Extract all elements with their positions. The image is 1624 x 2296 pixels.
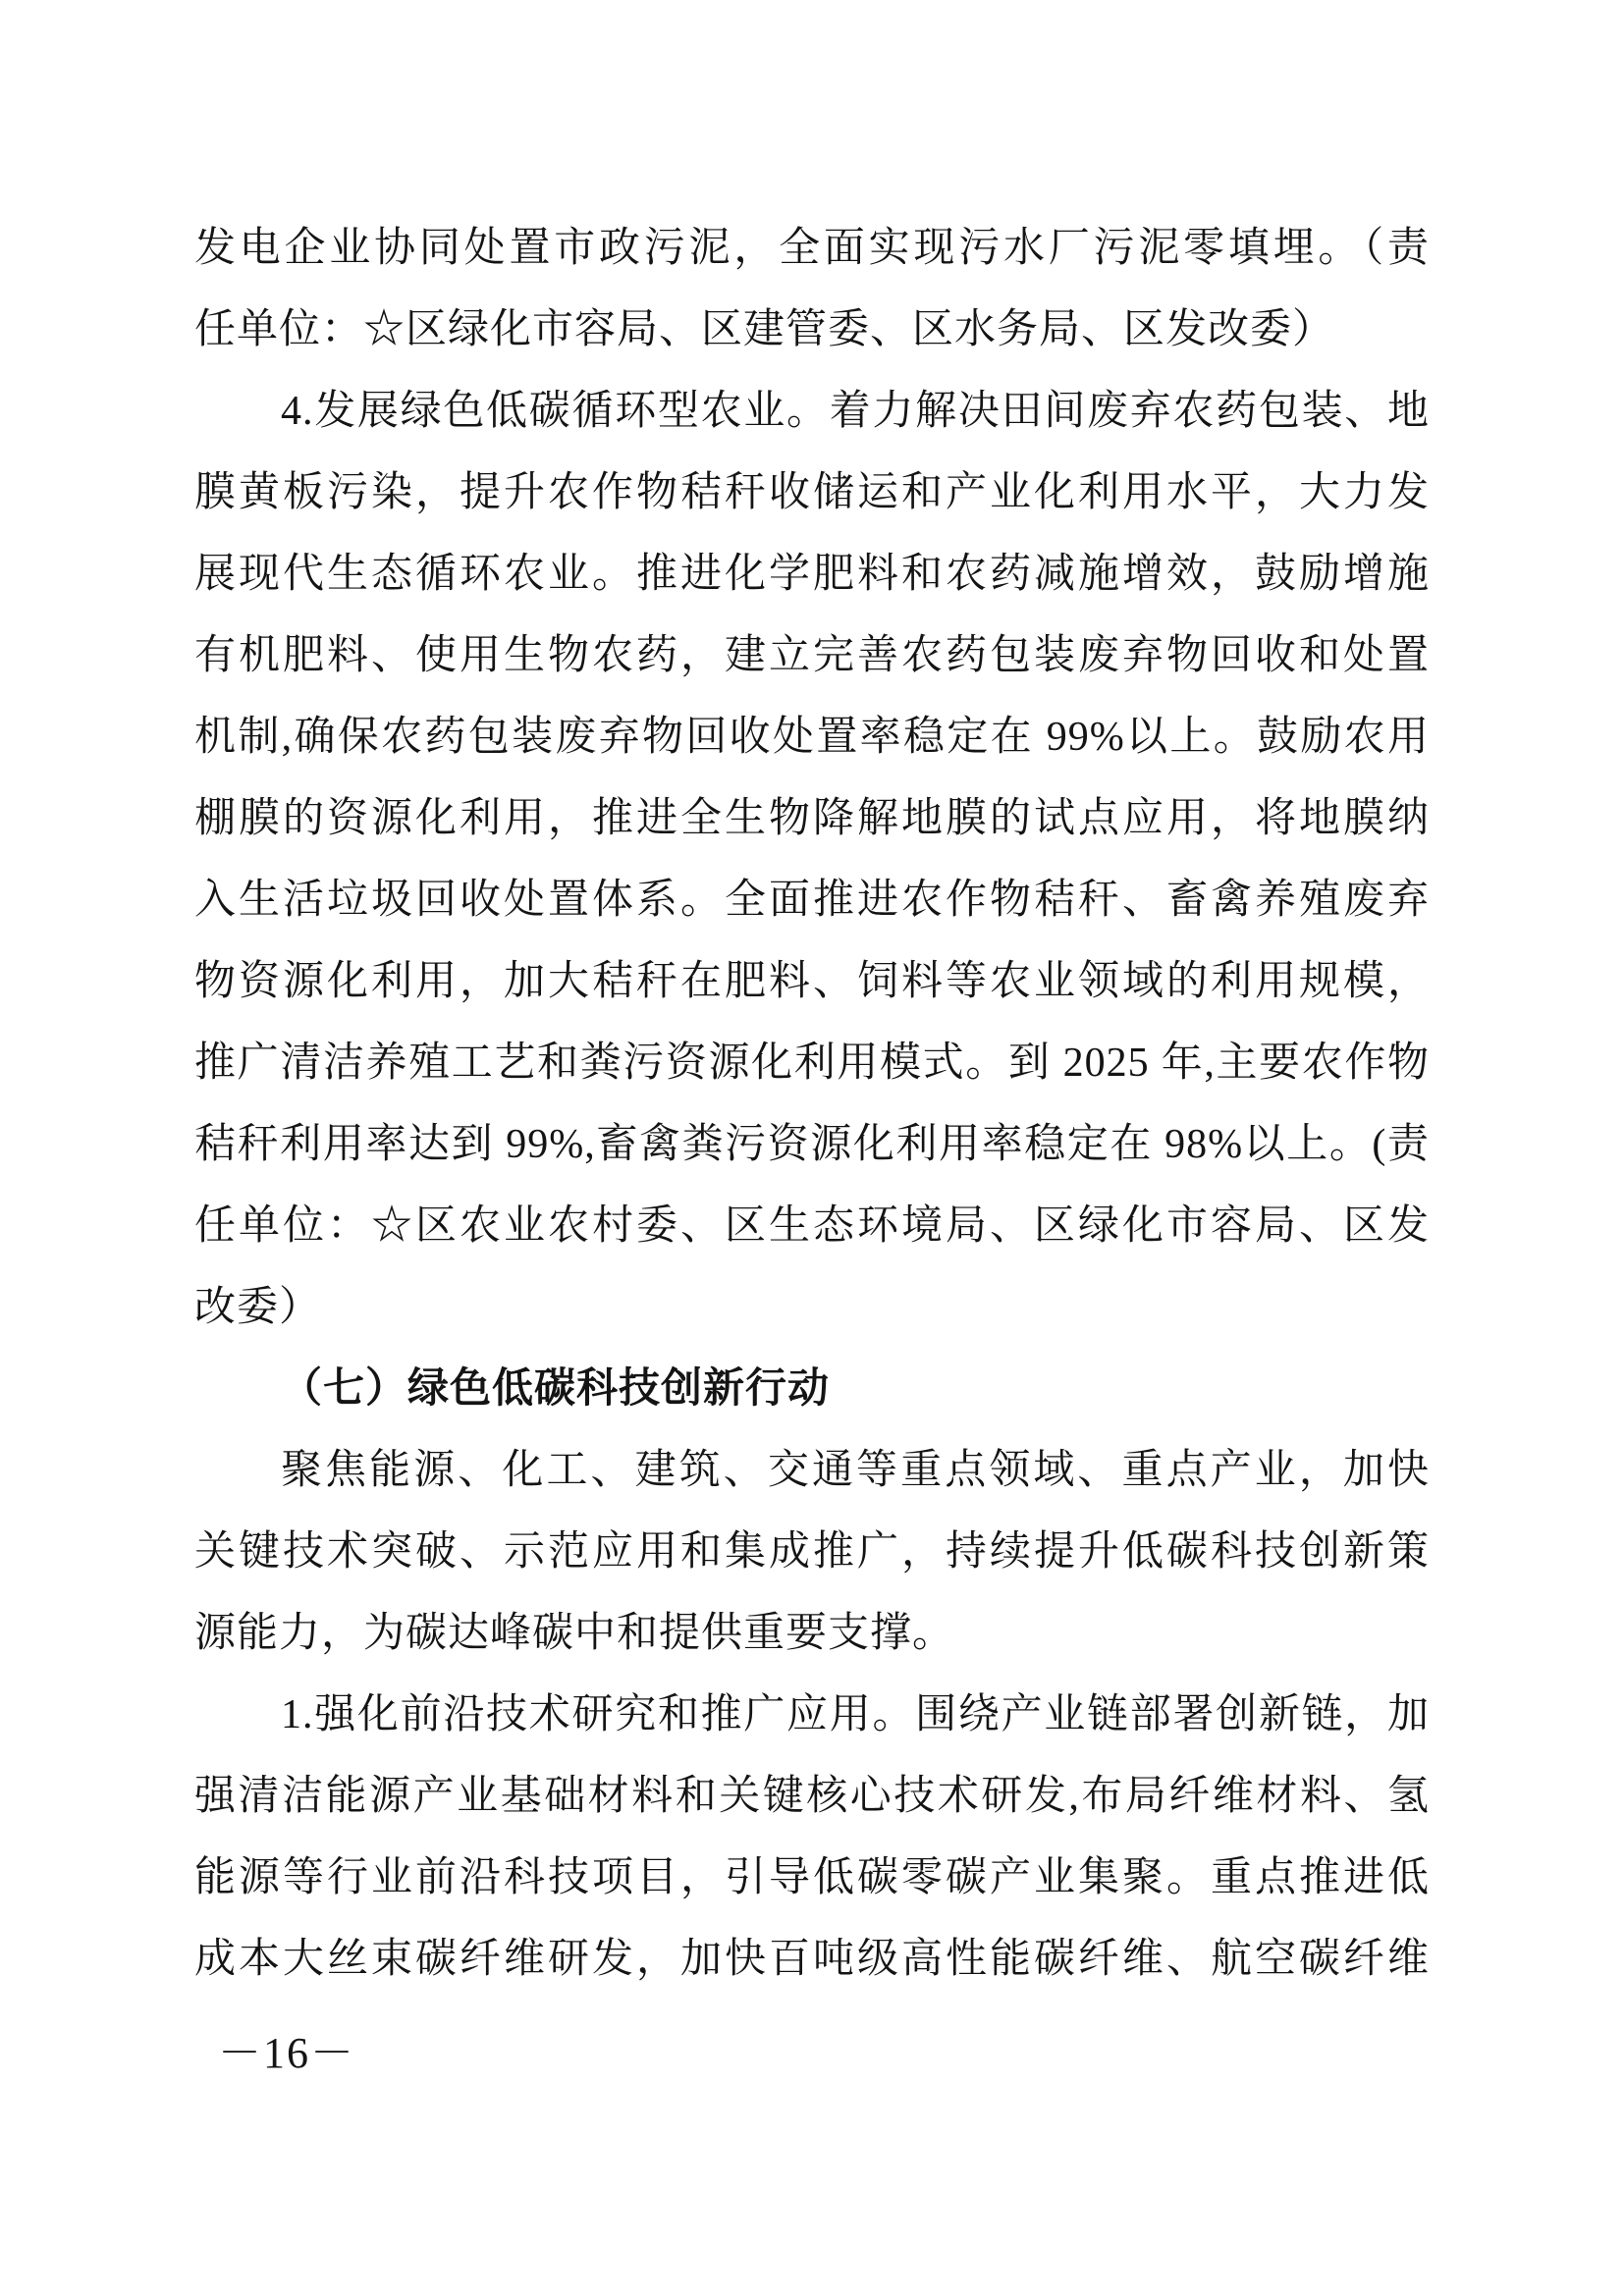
text-line: 机制,确保农药包装废弃物回收处置率稳定在 99%以上。鼓励农用: [194, 697, 1430, 778]
text-line: 入生活垃圾回收处置体系。全面推进农作物秸秆、畜禽养殖废弃: [194, 860, 1430, 941]
text-line: 发电企业协同处置市政污泥，全面实现污水厂污泥零填埋。（责: [194, 208, 1430, 290]
section-heading: （七）绿色低碳科技创新行动: [194, 1349, 1430, 1430]
text-line: 棚膜的资源化利用，推进全生物降解地膜的试点应用，将地膜纳: [194, 778, 1430, 860]
text-line: 4.发展绿色低碳循环型农业。着力解决田间废弃农药包装、地: [194, 371, 1430, 453]
text-line: 关键技术突破、示范应用和集成推广，持续提升低碳科技创新策: [194, 1512, 1430, 1593]
text-line: 膜黄板污染，提升农作物秸秆收储运和产业化利用水平，大力发: [194, 453, 1430, 534]
text-line: 1.强化前沿技术研究和推广应用。围绕产业链部署创新链，加: [194, 1675, 1430, 1756]
text-line: 任单位：☆区绿化市容局、区建管委、区水务局、区发改委）: [194, 290, 1430, 371]
document-page: 发电企业协同处置市政污泥，全面实现污水厂污泥零填埋。（责任单位：☆区绿化市容局、…: [0, 0, 1624, 2296]
text-line: 能源等行业前沿科技项目，引导低碳零碳产业集聚。重点推进低: [194, 1838, 1430, 1919]
text-line: 改委）: [194, 1267, 1430, 1349]
document-body: 发电企业协同处置市政污泥，全面实现污水厂污泥零填埋。（责任单位：☆区绿化市容局、…: [194, 208, 1430, 2001]
text-line: 任单位：☆区农业农村委、区生态环境局、区绿化市容局、区发: [194, 1186, 1430, 1267]
text-line: 源能力，为碳达峰碳中和提供重要支撑。: [194, 1593, 1430, 1675]
text-line: 展现代生态循环农业。推进化学肥料和农药减施增效，鼓励增施: [194, 534, 1430, 615]
text-line: 有机肥料、使用生物农药，建立完善农药包装废弃物回收和处置: [194, 615, 1430, 697]
page-number: －16－: [218, 2024, 355, 2083]
text-line: 秸秆利用率达到 99%,畜禽粪污资源化利用率稳定在 98%以上。(责: [194, 1104, 1430, 1186]
text-line: 物资源化利用，加大秸秆在肥料、饲料等农业领域的利用规模，: [194, 941, 1430, 1023]
text-line: 成本大丝束碳纤维研发，加快百吨级高性能碳纤维、航空碳纤维: [194, 1919, 1430, 2001]
text-line: 推广清洁养殖工艺和粪污资源化利用模式。到 2025 年,主要农作物: [194, 1023, 1430, 1104]
text-line: 强清洁能源产业基础材料和关键核心技术研发,布局纤维材料、氢: [194, 1756, 1430, 1838]
text-line: 聚焦能源、化工、建筑、交通等重点领域、重点产业，加快: [194, 1430, 1430, 1512]
